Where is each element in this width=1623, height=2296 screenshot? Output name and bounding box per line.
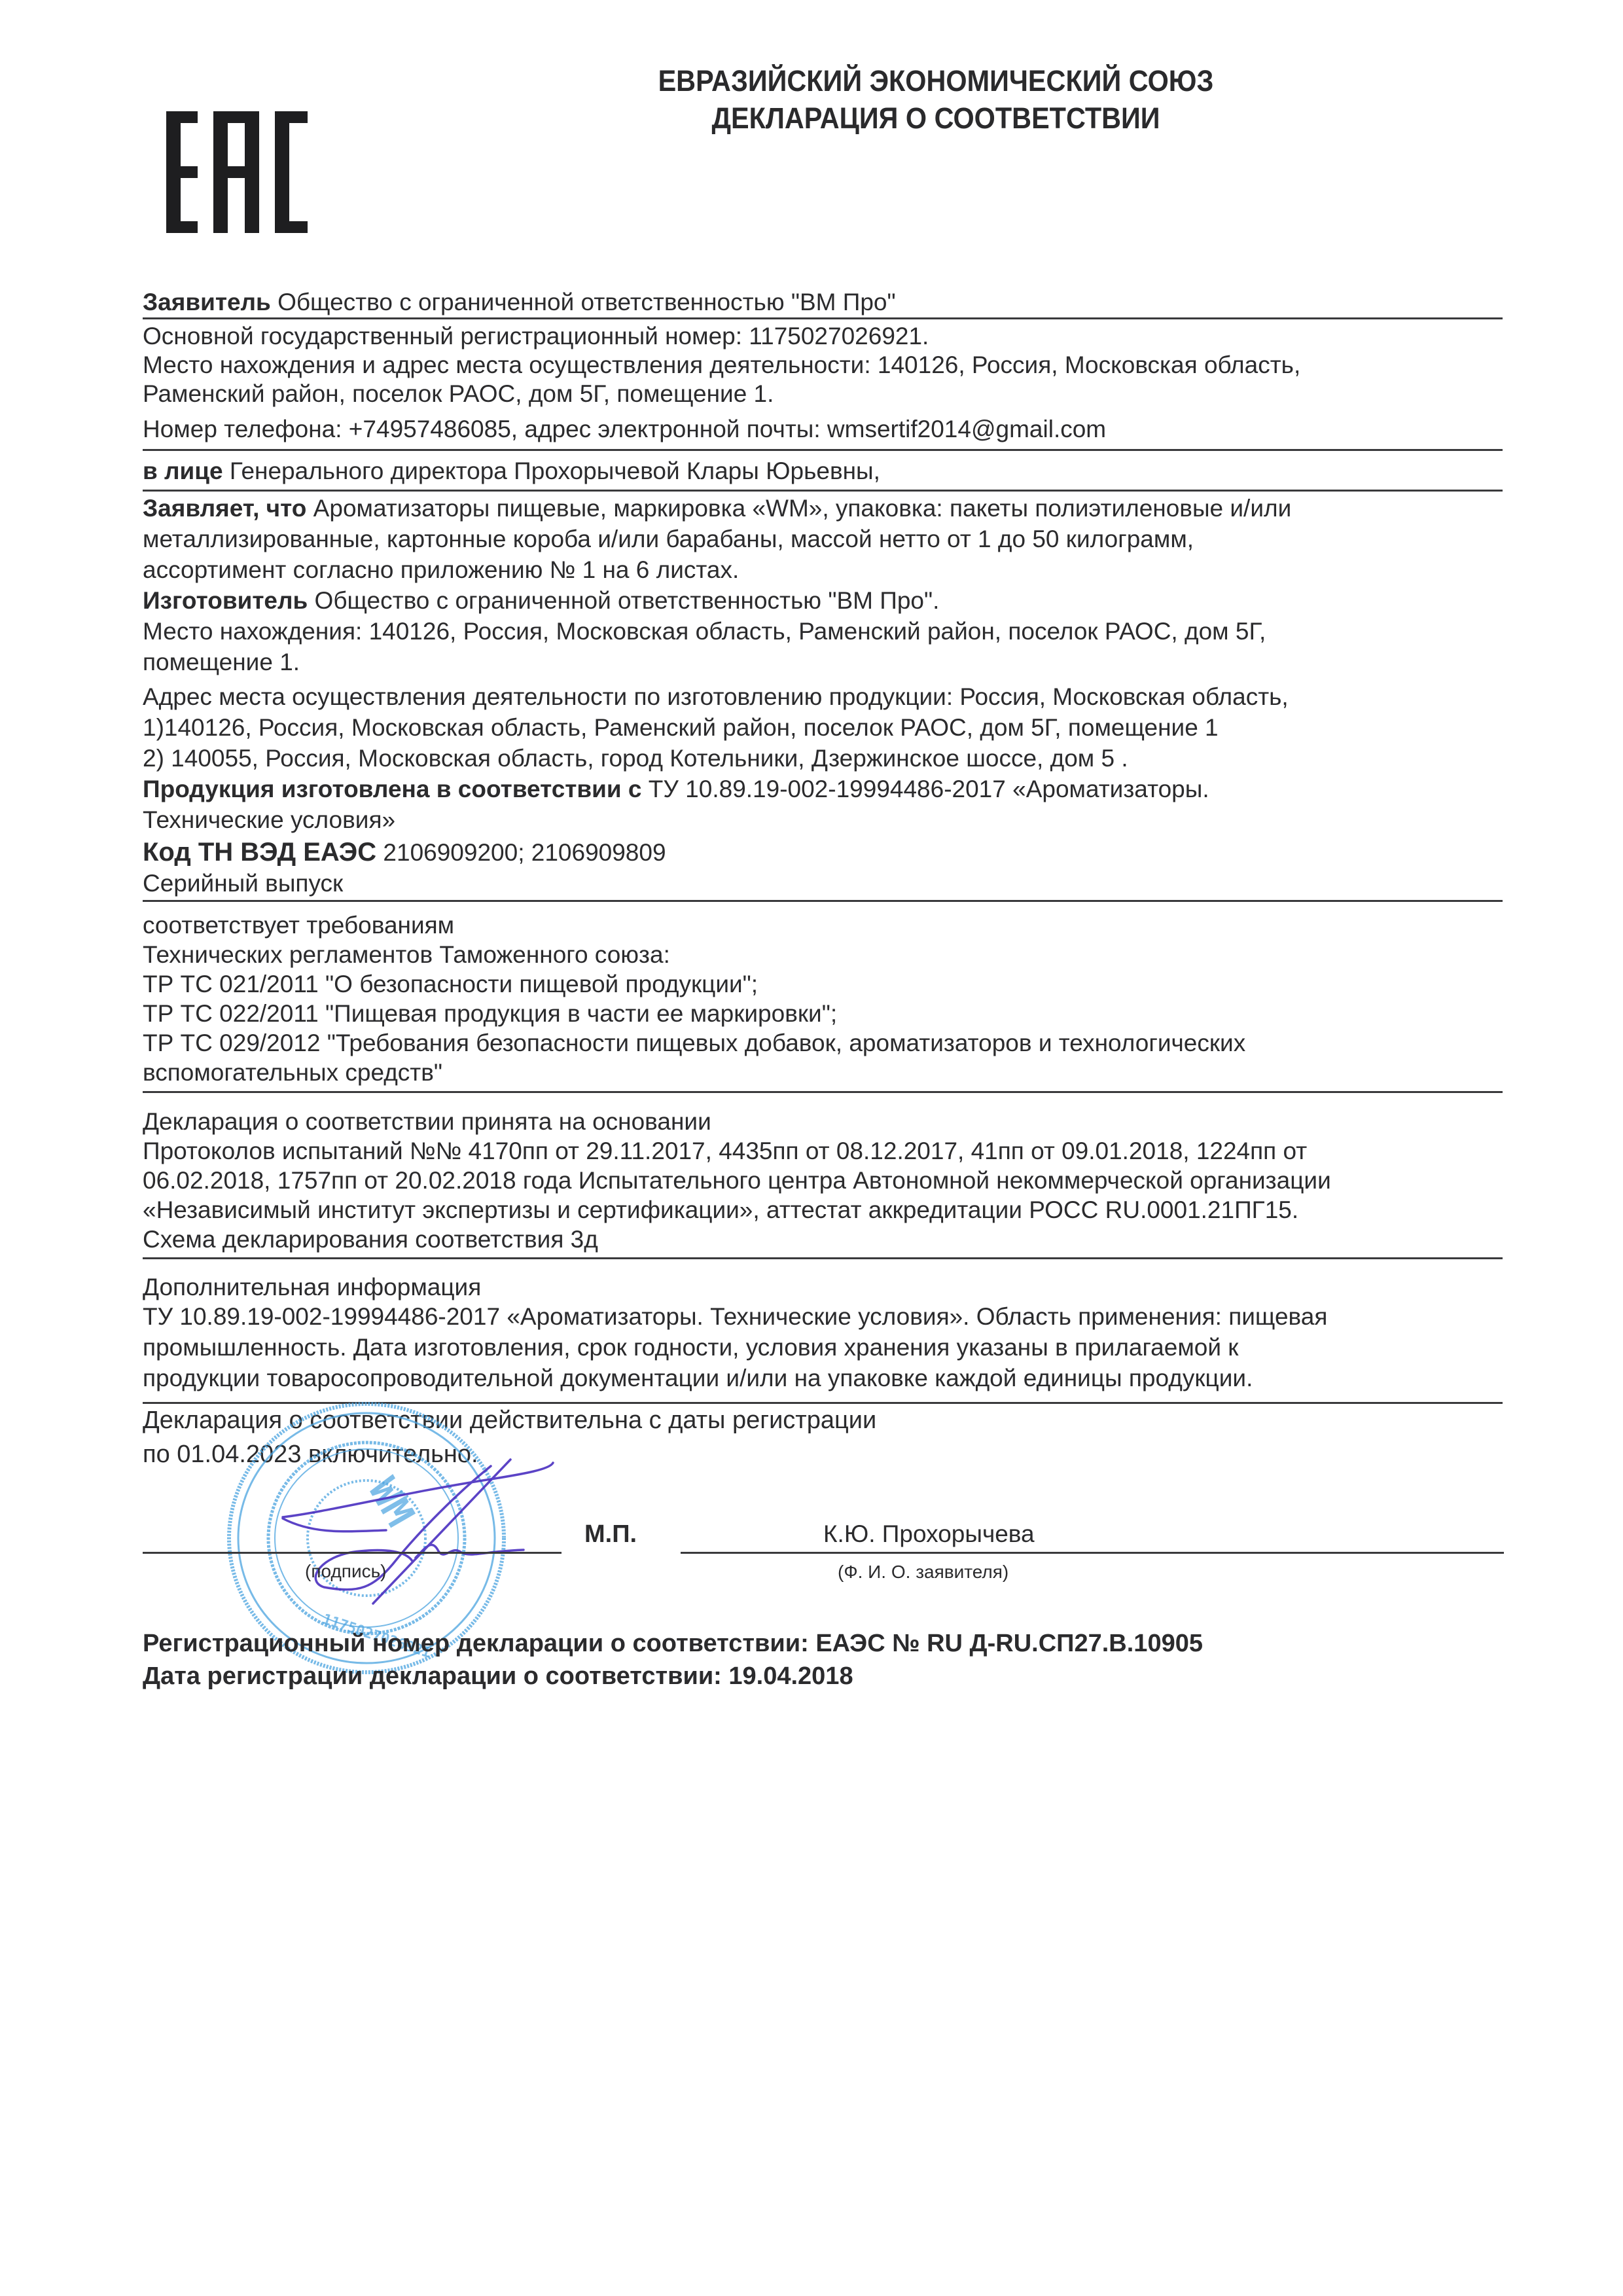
declares-text-1: Ароматизаторы пищевые, маркировка «WM», … <box>306 495 1291 522</box>
divider <box>143 1402 1503 1404</box>
production-type: Серийный выпуск <box>143 869 343 898</box>
validity-line-2: по 01.04.2023 включительно. <box>143 1440 478 1469</box>
manufacturer-location-1: Место нахождения: 140126, Россия, Москов… <box>143 617 1266 646</box>
representative-text: Генерального директора Прохорычевой Клар… <box>223 457 880 484</box>
manufacturer-location-2: помещение 1. <box>143 648 300 677</box>
production-address-2: 1)140126, Россия, Московская область, Ра… <box>143 713 1219 742</box>
produced-per-line: Продукция изготовлена в соответствии с Т… <box>143 775 1209 804</box>
signer-name-line <box>681 1552 1504 1554</box>
hs-code-line: Код ТН ВЭД ЕАЭС 2106909200; 2106909809 <box>143 838 666 867</box>
declares-label: Заявляет, что <box>143 495 306 522</box>
additional-label: Дополнительная информация <box>143 1273 481 1302</box>
representative-label: в лице <box>143 457 223 484</box>
requirements-label: соответствует требованиям <box>143 911 454 940</box>
divider <box>143 449 1503 451</box>
registration-date: Дата регистрации декларации о соответств… <box>143 1662 853 1691</box>
applicant-address-2: Раменский район, поселок РАОС, дом 5Г, п… <box>143 380 774 408</box>
requirement-item: вспомогательных средств" <box>143 1058 442 1087</box>
requirement-item: ТР ТС 021/2011 "О безопасности пищевой п… <box>143 970 758 999</box>
applicant-label: Заявитель <box>143 289 271 315</box>
representative-line: в лице Генерального директора Прохорычев… <box>143 457 880 486</box>
produced-per-text-2: Технические условия» <box>143 806 395 834</box>
requirement-item: ТР ТС 029/2012 "Требования безопасности … <box>143 1029 1245 1058</box>
manufacturer-line: Изготовитель Общество с ограниченной отв… <box>143 586 939 615</box>
basis-line-2: 06.02.2018, 1757пп от 20.02.2018 года Ис… <box>143 1166 1331 1195</box>
applicant-address-1: Место нахождения и адрес места осуществл… <box>143 351 1300 380</box>
divider <box>143 900 1503 902</box>
hs-code-value: 2106909200; 2106909809 <box>376 839 666 866</box>
declares-line-1: Заявляет, что Ароматизаторы пищевые, мар… <box>143 494 1291 523</box>
declares-line-3: ассортимент согласно приложению № 1 на 6… <box>143 556 739 584</box>
declaration-scheme: Схема декларирования соответствия 3д <box>143 1225 598 1254</box>
declares-line-2: металлизированные, картонные короба и/ил… <box>143 525 1194 554</box>
applicant-contacts: Номер телефона: +74957486085, адрес элек… <box>143 415 1106 444</box>
divider <box>143 317 1503 319</box>
document-title: ДЕКЛАРАЦИЯ О СООТВЕТСТВИИ <box>605 101 1267 135</box>
signature-line <box>143 1552 562 1554</box>
divider <box>143 1091 1503 1093</box>
additional-line-3: продукции товаросопроводительной докумен… <box>143 1364 1253 1393</box>
produced-per-label: Продукция изготовлена в соответствии с <box>143 776 642 802</box>
signer-name: К.Ю. Прохорычева <box>823 1520 1035 1548</box>
divider <box>143 490 1503 492</box>
declaration-page: ЕВРАЗИЙСКИЙ ЭКОНОМИЧЕСКИЙ СОЮЗ ДЕКЛАРАЦИ… <box>0 0 1623 2296</box>
union-title: ЕВРАЗИЙСКИЙ ЭКОНОМИЧЕСКИЙ СОЮЗ <box>605 64 1267 98</box>
requirements-intro: Технических регламентов Таможенного союз… <box>143 941 670 969</box>
svg-text:WM: WM <box>359 1471 423 1535</box>
validity-line-1: Декларация о соответствии действительна … <box>143 1406 876 1435</box>
manufacturer-label: Изготовитель <box>143 587 308 614</box>
signer-caption: (Ф. И. О. заявителя) <box>838 1562 1008 1583</box>
divider <box>143 1257 1503 1259</box>
applicant-line: Заявитель Общество с ограниченной ответс… <box>143 288 896 317</box>
signature-caption: (подпись) <box>305 1561 387 1582</box>
applicant-ogrn: Основной государственный регистрационный… <box>143 322 929 351</box>
basis-line-1: Протоколов испытаний №№ 4170пп от 29.11.… <box>143 1137 1307 1166</box>
produced-per-text-1: ТУ 10.89.19-002-19994486-2017 «Ароматиза… <box>642 776 1209 802</box>
basis-label: Декларация о соответствии принята на осн… <box>143 1107 711 1136</box>
additional-line-1: ТУ 10.89.19-002-19994486-2017 «Ароматиза… <box>143 1302 1327 1331</box>
production-address-1: Адрес места осуществления деятельности п… <box>143 683 1289 711</box>
manufacturer-name: Общество с ограниченной ответственностью… <box>308 587 939 614</box>
applicant-name: Общество с ограниченной ответственностью… <box>271 289 896 315</box>
additional-line-2: промышленность. Дата изготовления, срок … <box>143 1333 1239 1362</box>
registration-number: Регистрационный номер декларации о соотв… <box>143 1630 1203 1658</box>
basis-line-3: «Независимый институт экспертизы и серти… <box>143 1196 1298 1225</box>
hs-code-label: Код ТН ВЭД ЕАЭС <box>143 838 376 867</box>
eac-logo-icon <box>166 111 308 233</box>
production-address-3: 2) 140055, Россия, Московская область, г… <box>143 744 1128 773</box>
seal-label: М.П. <box>584 1520 637 1549</box>
requirement-item: ТР ТС 022/2011 "Пищевая продукция в част… <box>143 999 837 1028</box>
